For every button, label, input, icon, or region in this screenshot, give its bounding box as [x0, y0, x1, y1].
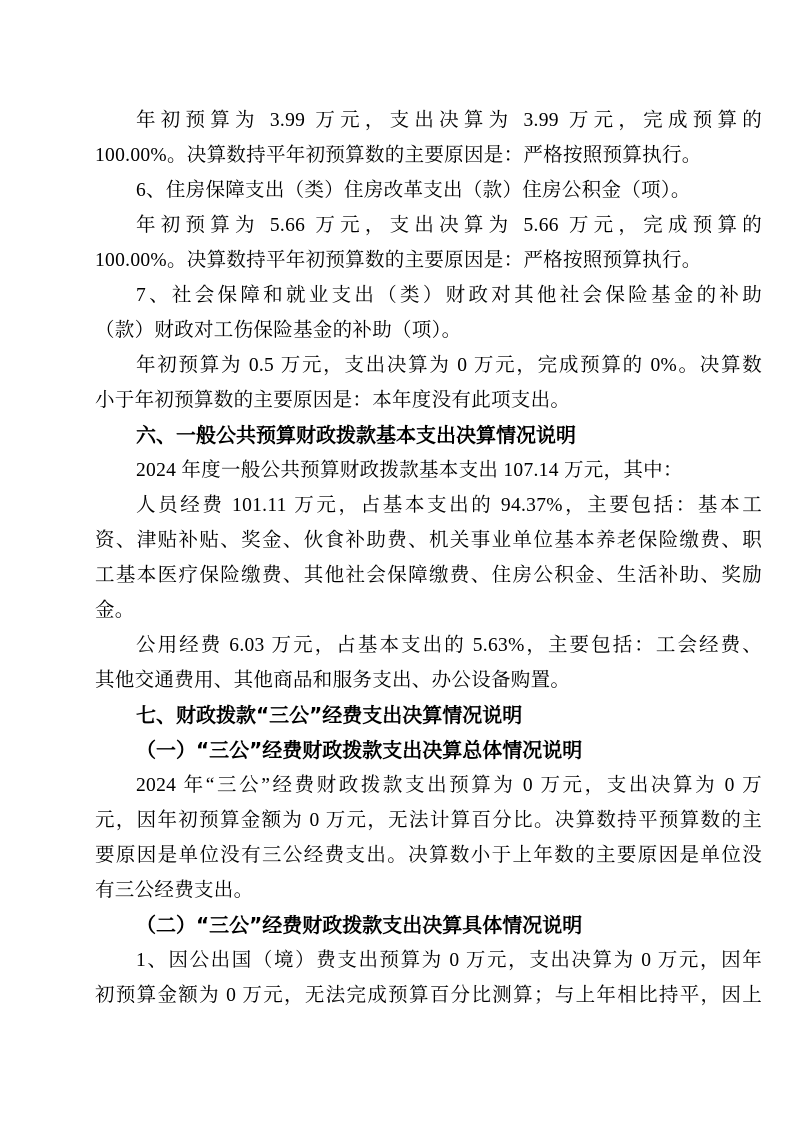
text-line: 2024 年度一般公共预算财政拨款基本支出 107.14 万元，其中：: [95, 453, 762, 488]
text-line: 2024 年“三公”经费财政拨款支出预算为 0 万元，支出决算为 0 万: [95, 768, 762, 803]
text-line: 工基本医疗保险缴费、其他社会保障缴费、住房公积金、生活补助、奖励: [95, 558, 762, 593]
text-line: 1、因公出国（境）费支出预算为 0 万元，支出决算为 0 万元，因年: [95, 943, 762, 978]
text-line: 金。: [95, 593, 762, 628]
section-heading: 六、一般公共预算财政拨款基本支出决算情况说明: [95, 418, 762, 453]
text-line: 年初预算为 0.5 万元，支出决算为 0 万元，完成预算的 0%。决算数: [95, 348, 762, 383]
section-heading: （二）“三公”经费财政拨款支出决算具体情况说明: [95, 908, 762, 943]
text-line: 初预算金额为 0 万元，无法完成预算百分比测算；与上年相比持平，因上: [95, 978, 762, 1013]
text-line: 6、住房保障支出（类）住房改革支出（款）住房公积金（项）。: [95, 173, 762, 208]
text-line: （款）财政对工伤保险基金的补助（项）。: [95, 313, 762, 348]
text-line: 元，因年初预算金额为 0 万元，无法计算百分比。决算数持平预算数的主: [95, 803, 762, 838]
text-line: 年初预算为 3.99 万元，支出决算为 3.99 万元，完成预算的: [95, 103, 762, 138]
section-heading: 七、财政拨款“三公”经费支出决算情况说明: [95, 698, 762, 733]
text-line: 有三公经费支出。: [95, 873, 762, 908]
document-content: 年初预算为 3.99 万元，支出决算为 3.99 万元，完成预算的100.00%…: [95, 103, 762, 1013]
text-line: 人员经费 101.11 万元，占基本支出的 94.37%，主要包括：基本工: [95, 488, 762, 523]
text-line: 7、社会保障和就业支出（类）财政对其他社会保险基金的补助: [95, 278, 762, 313]
document-page: 年初预算为 3.99 万元，支出决算为 3.99 万元，完成预算的100.00%…: [0, 0, 793, 1122]
section-heading: （一）“三公”经费财政拨款支出决算总体情况说明: [95, 733, 762, 768]
text-line: 资、津贴补贴、奖金、伙食补助费、机关事业单位基本养老保险缴费、职: [95, 523, 762, 558]
text-line: 年初预算为 5.66 万元，支出决算为 5.66 万元，完成预算的: [95, 208, 762, 243]
text-line: 公用经费 6.03 万元，占基本支出的 5.63%，主要包括：工会经费、: [95, 628, 762, 663]
text-line: 小于年初预算数的主要原因是：本年度没有此项支出。: [95, 383, 762, 418]
text-line: 100.00%。决算数持平年初预算数的主要原因是：严格按照预算执行。: [95, 243, 762, 278]
text-line: 100.00%。决算数持平年初预算数的主要原因是：严格按照预算执行。: [95, 138, 762, 173]
text-line: 其他交通费用、其他商品和服务支出、办公设备购置。: [95, 663, 762, 698]
text-line: 要原因是单位没有三公经费支出。决算数小于上年数的主要原因是单位没: [95, 838, 762, 873]
